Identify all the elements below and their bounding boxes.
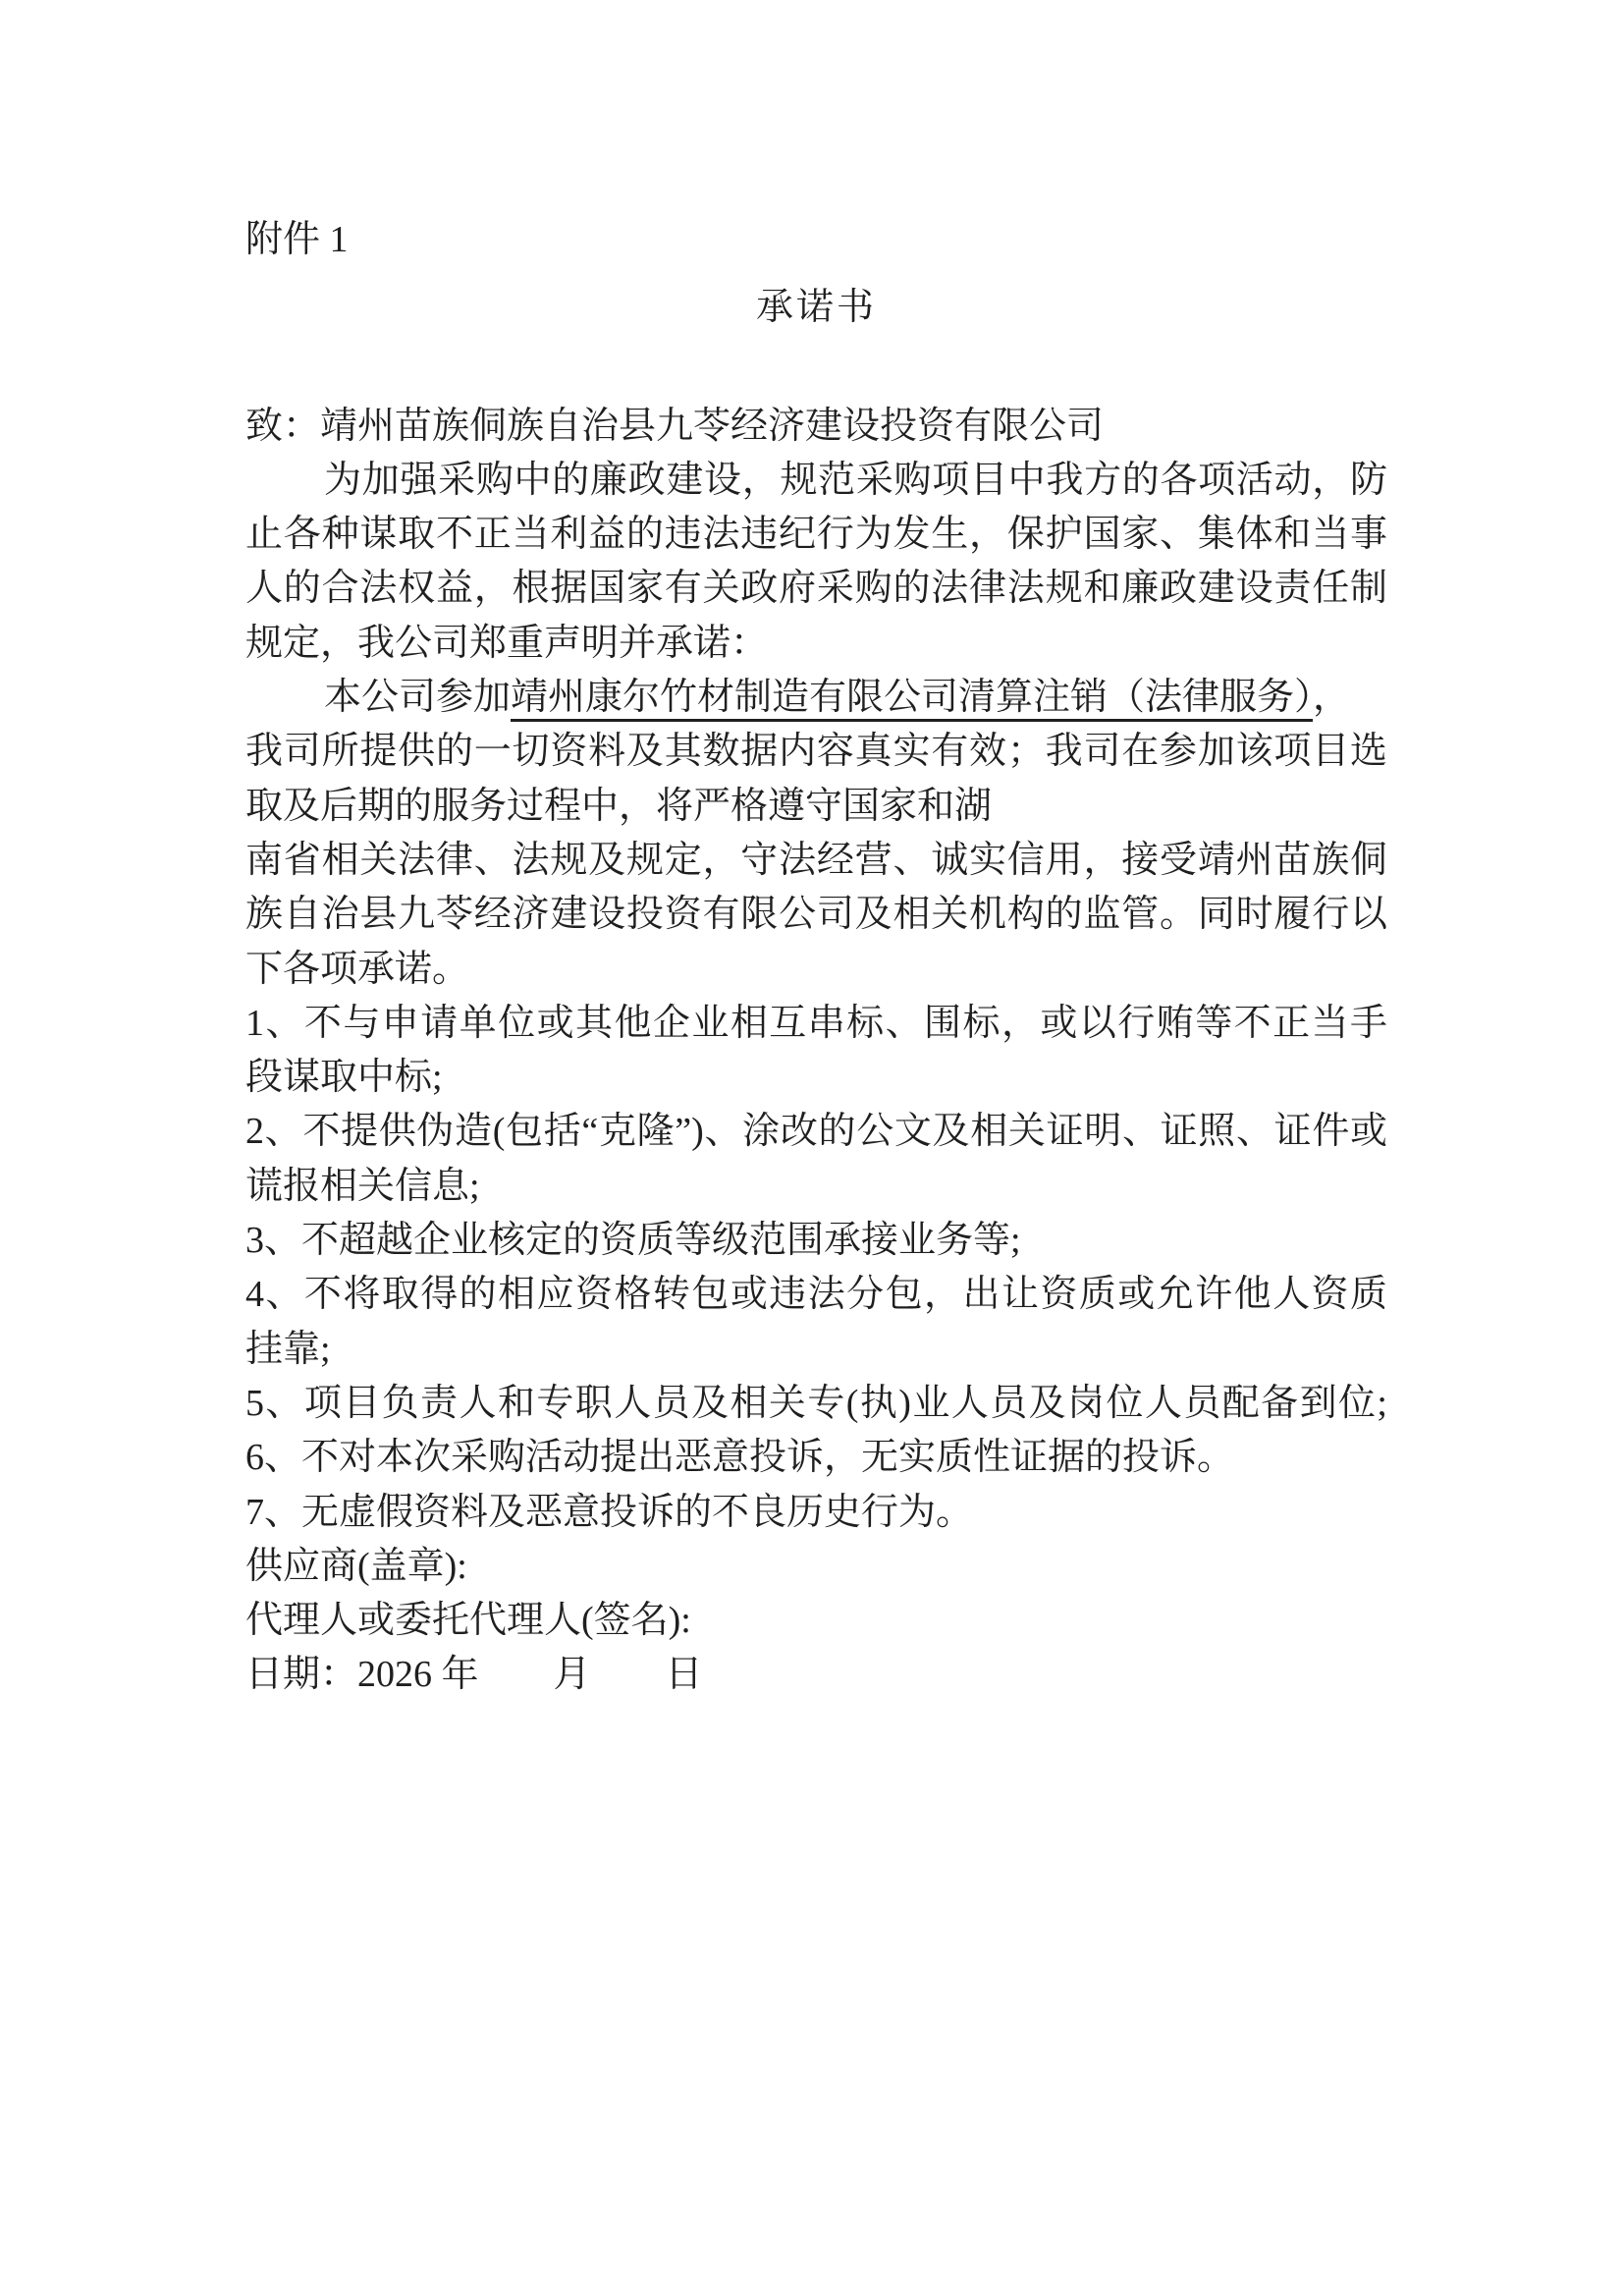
body-line: 我司所提供的一切资料及其数据内容真实有效；我司在参加该项目选	[245, 725, 1387, 779]
document-page: 附件 1 承诺书 致：靖州苗族侗族自治县九苓经济建设投资有限公司 为加强采购中的…	[0, 0, 1623, 2296]
document-body: 致：靖州苗族侗族自治县九苓经济建设投资有限公司 为加强采购中的廉政建设，规范采购…	[245, 400, 1387, 1703]
body-line: 为加强采购中的廉政建设，规范采购项目中我方的各项活动，防	[245, 454, 1387, 508]
document-content: 附件 1 承诺书 致：靖州苗族侗族自治县九苓经济建设投资有限公司 为加强采购中的…	[245, 0, 1387, 1703]
body-line: 规定，我公司郑重声明并承诺：	[245, 617, 1387, 671]
list-item-2: 2、不提供伪造(包括“克隆”)、涂改的公文及相关证明、证照、证件或	[245, 1105, 1387, 1159]
commitment-suffix: ，	[1313, 677, 1350, 718]
commitment-line: 本公司参加靖州康尔竹材制造有限公司清算注销（法律服务），	[245, 671, 1387, 725]
list-item-3: 3、不超越企业核定的资质等级范围承接业务等;	[245, 1214, 1387, 1268]
project-name-underlined: 靖州康尔竹材制造有限公司清算注销（法律服务）	[511, 677, 1313, 722]
list-item-1-wrap: 段谋取中标;	[245, 1051, 1387, 1105]
attachment-label: 附件 1	[245, 213, 1387, 267]
list-item-4-wrap: 挂靠;	[245, 1323, 1387, 1377]
date-line: 日期：2026 年 月 日	[245, 1648, 1387, 1702]
body-line: 下各项承诺。	[245, 943, 1387, 997]
list-item-2-wrap: 谎报相关信息;	[245, 1160, 1387, 1214]
body-line: 族自治县九苓经济建设投资有限公司及相关机构的监管。同时履行以	[245, 888, 1387, 942]
body-line: 取及后期的服务过程中，将严格遵守国家和湖	[245, 780, 1387, 834]
list-item-5: 5、项目负责人和专职人员及相关专(执)业人员及岗位人员配备到位;	[245, 1377, 1387, 1431]
body-line: 止各种谋取不正当利益的违法违纪行为发生，保护国家、集体和当事	[245, 508, 1387, 562]
body-line: 人的合法权益，根据国家有关政府采购的法律法规和廉政建设责任制	[245, 562, 1387, 616]
agent-signature-line: 代理人或委托代理人(签名):	[245, 1594, 1387, 1648]
body-line: 南省相关法律、法规及规定，守法经营、诚实信用，接受靖州苗族侗	[245, 834, 1387, 888]
list-item-6: 6、不对本次采购活动提出恶意投诉，无实质性证据的投诉。	[245, 1431, 1387, 1485]
list-item-7: 7、无虚假资料及恶意投诉的不良历史行为。	[245, 1486, 1387, 1540]
document-title: 承诺书	[245, 281, 1387, 335]
list-item-1: 1、不与申请单位或其他企业相互串标、围标，或以行贿等不正当手	[245, 997, 1387, 1051]
salutation-line: 致：靖州苗族侗族自治县九苓经济建设投资有限公司	[245, 400, 1387, 454]
list-item-4: 4、不将取得的相应资格转包或违法分包，出让资质或允许他人资质	[245, 1268, 1387, 1322]
commitment-prefix: 本公司参加	[324, 677, 511, 718]
supplier-seal-line: 供应商(盖章):	[245, 1540, 1387, 1594]
